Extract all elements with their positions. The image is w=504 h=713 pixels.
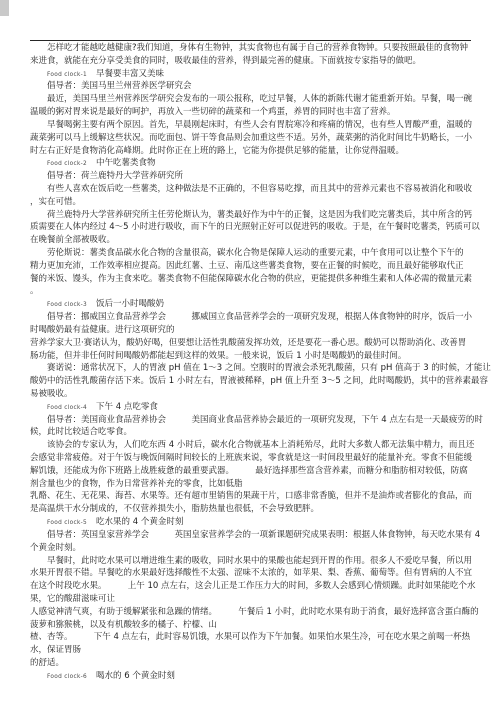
text-line: 是高温烘干水分制成的，不仅营养损失小，脂肪热量也很低，不会导致肥胖。 [30, 503, 476, 516]
text-line: 剂含量也少的食物，作为日常营养补充的零食，比如低脂 [30, 478, 476, 491]
food-clock-title: 中午吃薯类食物 [96, 158, 156, 168]
text-line: 菠萝和猕猴桃，以及有机酸较多的橘子、柠檬、山 [30, 619, 476, 632]
text-line: 时左右正好是食物消化高峰期。此时你正在上班的路上，它能为你提供足够的能量，让你觉… [30, 145, 476, 158]
text-line: 乳酪、花生、无花果、海苔、水果等。还有超市里销售的果蔬干片，口感非常香脆，但并不… [30, 490, 476, 503]
section-heading-line: Food clock-3饭后一小时喝酸奶 [30, 298, 476, 311]
text-line: 倡导者：荷兰鹿特丹大学营养研究所 [30, 170, 476, 183]
text-line: 劳伦斯说：薯类食品碳水化合物的含量很高，碳水化合物是保障人运动的重要元素，中午食… [30, 247, 476, 260]
text-line: 水，保证胃肠 [30, 644, 476, 657]
text-line: 营养学家大卫·赛诺认为，酸奶好喝，但要想让活性乳酸菌发挥功效，还是要花一番心思。… [30, 337, 476, 350]
text-line: 最近，美国马里兰州营养医学研究会发布的一项公报称，吃过早餐，人体的新陈代谢才能重… [30, 93, 476, 106]
text-line: 蔬菜粥可以马上缓解这些状况。而吃面包、饼干等食品则会加重这些不适。另外，蔬菜粥的… [30, 132, 476, 145]
text-line: 倡导者：挪威国立食品营养学会 挪威国立食品营养学会的一项研究发现，根据人体食物钟… [30, 311, 476, 324]
text-line: 时喝酸奶最有益健康。进行这项研究的 [30, 324, 476, 337]
text-line: 该协会的专家认为，人们吃东西 4 小时后，碳水化合物就基本上消耗殆尽，此时大多数… [30, 439, 476, 452]
text-line: 解饥饿，还能成为你下班路上战胜疲惫的最重要武器。 最好选择那些富含营养素，而糖分… [30, 465, 476, 478]
text-line: 会感觉非常疲倦。对于午饭与晚饭间隔时间较长的上班族来说，零食就是这一时间段里最好… [30, 452, 476, 465]
food-clock-label: Food clock-2 [47, 161, 87, 167]
text-line: 倡导者：英国皇家营养学会 英国皇家营养学会的一项新课题研究成果表明：根据人体食物… [30, 529, 476, 542]
text-line: 有些人喜欢在饭后吃一些薯类，这种做法是不正确的，不但容易吃撑，而且其中的营养元素… [30, 183, 476, 196]
text-line: 温暖的粥对胃来说是最好的呵护，再放入一些切碎的蔬菜和一个鸡蛋，养胃的同时也丰富了… [30, 106, 476, 119]
text-line: 怎样吃才能越吃越健康?我们知道，身体有生物钟，其实食物也有属于自己的营养食物钟。… [30, 42, 476, 55]
food-clock-title: 喝水的 6 个黄金时刻 [96, 671, 175, 681]
food-clock-label: Food clock-5 [47, 520, 87, 526]
document-body: 怎样吃才能越吃越健康?我们知道，身体有生物钟，其实食物也有属于自己的营养食物钟。… [30, 42, 476, 683]
text-line: 早餐时，此时吃水果可以增进维生素的吸收，同时水果中的果酸也能起到开胃的作用。很多… [30, 555, 476, 568]
text-line: 易被吸收。 [30, 388, 476, 401]
text-line: 质需要在人体内经过 4～5 小时进行吸收，而下午的日光照射正好可以促进钙的吸收。… [30, 221, 476, 234]
text-line: 精力更加充沛，工作效率相应提高。因此红薯、土豆、南瓜这些薯类食物，要在正餐的时候… [30, 260, 476, 273]
text-line: 楂、杏等。 下午 4 点左右，此时容易饥饿，水果可以作为下午加餐。如果怕水果生冷… [30, 631, 476, 644]
food-clock-title: 下午 4 点吃零食 [96, 402, 158, 412]
food-clock-label: Food clock-3 [47, 302, 87, 308]
food-clock-label: Food clock-1 [47, 72, 87, 78]
text-line: 餐的米饭、馒头，作为主食来吃。薯类食物不但能保障碳水化合物的供应，更能提供多种维… [30, 273, 476, 286]
text-line: 赛诺说：通常状况下，人的胃液 pH 值在 1～3 之间。空腹时的胃液会杀死乳酸菌… [30, 362, 476, 375]
text-line: 来进食，就能在充分享受美食的同时，吸收最佳的营养，得到最完善的健康。下面就按专家… [30, 55, 476, 68]
text-line: 。 [30, 285, 476, 298]
text-line: 酸奶中的活性乳酸菌存活下来。饭后 1 小时左右，胃液被稀释，pH 值上升至 3～… [30, 375, 476, 388]
text-line: 倡导者：美国马里兰州营养医学研究会 [30, 80, 476, 93]
text-line: 在晚餐前全部被吸收。 [30, 234, 476, 247]
text-line: 的舒适。 [30, 657, 476, 670]
text-line: 在这个时段吃水果。 上午 10 点左右，这会儿正是工作压力大的时间，多数人会感到… [30, 580, 476, 593]
food-clock-label: Food clock-4 [47, 405, 87, 411]
food-clock-label: Food clock-6 [47, 674, 87, 680]
food-clock-title: 饭后一小时喝酸奶 [96, 299, 164, 309]
text-line: 肠功能，但并非任何时间喝酸奶都能起到这样的效果。一般来说，饭后 1 小时是喝酸奶… [30, 350, 476, 363]
section-heading-line: Food clock-2中午吃薯类食物 [30, 157, 476, 170]
text-line: 果，它的酸甜滋味可让 [30, 593, 476, 606]
text-line: 荷兰鹿特丹大学营养研究所主任劳伦斯认为，薯类最好作为中午的正餐，这是因为我们吃完… [30, 209, 476, 222]
text-line: ，实在可惜。 [30, 196, 476, 209]
text-line: 早餐喝粥主要有两个原因。首先，早晨刚起床时，有些人会有胃脘寒冷和疼痛的情况，也有… [30, 119, 476, 132]
section-heading-line: Food clock-5吃水果的 4 个黄金时刻 [30, 516, 476, 529]
text-line: 倡导者：美国商业食品营养协会 美国商业食品营养协会最近的一项研究发现，下午 4 … [30, 414, 476, 427]
scan-corner-artifact [0, 0, 9, 16]
food-clock-title: 吃水果的 4 个黄金时刻 [96, 517, 183, 527]
section-heading-line: Food clock-4下午 4 点吃零食 [30, 401, 476, 414]
food-clock-title: 早餐要丰富又美味 [96, 69, 164, 79]
section-heading-line: Food clock-1早餐要丰富又美味 [30, 68, 476, 81]
text-line: 水果开胃很不错。早餐吃的水果最好选择酸性不太强、涩味不太浓的，如苹果、梨、香蕉、… [30, 567, 476, 580]
section-heading-line: Food clock-6喝水的 6 个黄金时刻 [30, 670, 476, 683]
text-line: 候，此时比较适合吃零食。 [30, 426, 476, 439]
text-line: 人感觉神清气爽，有助于缓解紧张和急躁的情绪。 午餐后 1 小时，此时吃水果有助于… [30, 606, 476, 619]
text-line: 个黄金时刻。 [30, 542, 476, 555]
